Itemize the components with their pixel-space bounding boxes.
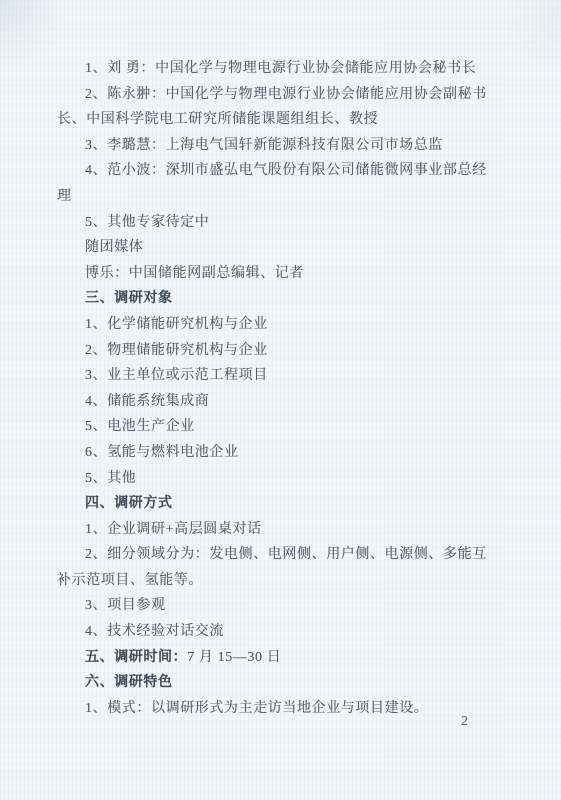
doc-line-expert-5: 5、其他专家待定中 [57,210,505,236]
doc-line-expert-2: 2、陈永翀：中国化学与物理电源行业协会储能应用协会副秘书 [57,82,505,108]
heading-survey-features: 六、调研特色 [57,670,505,696]
doc-line-method-4: 4、技术经验对话交流 [57,619,505,645]
heading-survey-targets: 三、调研对象 [57,286,505,312]
doc-line-feature-1: 1、模式：以调研形式为主走访当地企业与项目建设。 [57,696,505,722]
doc-line-expert-1: 1、刘 勇：中国化学与物理电源行业协会储能应用协会秘书长 [57,56,505,82]
doc-line-expert-4: 4、范小波：深圳市盛弘电气股份有限公司储能微网事业部总经 [57,158,505,184]
scanned-document-page: 1、刘 勇：中国化学与物理电源行业协会储能应用协会秘书长 2、陈永翀：中国化学与… [0,0,561,800]
doc-line-target-4: 4、储能系统集成商 [57,389,505,415]
doc-line-target-5: 5、电池生产企业 [57,414,505,440]
heading-survey-method: 四、调研方式 [57,491,505,517]
doc-line-target-3: 3、业主单位或示范工程项目 [57,363,505,389]
doc-line-method-3: 3、项目参观 [57,593,505,619]
survey-time-label: 五、调研时间： [85,650,187,665]
heading-survey-time: 五、调研时间：7 月 15—30 日 [57,645,505,671]
doc-line-target-other: 5、其他 [57,466,505,492]
doc-line-expert-4-cont: 理 [57,184,505,210]
doc-line-target-2: 2、物理储能研究机构与企业 [57,338,505,364]
page-number: 2 [461,714,468,730]
doc-line-media-label: 随团媒体 [57,235,505,261]
doc-line-expert-3: 3、李璐慧：上海电气国轩新能源科技有限公司市场总监 [57,133,505,159]
survey-time-value: 7 月 15—30 日 [187,650,281,665]
doc-line-target-1: 1、化学储能研究机构与企业 [57,312,505,338]
doc-line-method-1: 1、企业调研+高层圆桌对话 [57,517,505,543]
doc-line-method-2-cont: 补示范项目、氢能等。 [57,568,505,594]
document-body: 1、刘 勇：中国化学与物理电源行业协会储能应用协会秘书长 2、陈永翀：中国化学与… [57,56,505,721]
doc-line-target-6: 6、氢能与燃料电池企业 [57,440,505,466]
doc-line-expert-2-cont: 长、中国科学院电工研究所储能课题组组长、教授 [57,107,505,133]
doc-line-method-2: 2、细分领域分为：发电侧、电网侧、用户侧、电源侧、多能互 [57,542,505,568]
doc-line-media-person: 博乐：中国储能网副总编辑、记者 [57,261,505,287]
